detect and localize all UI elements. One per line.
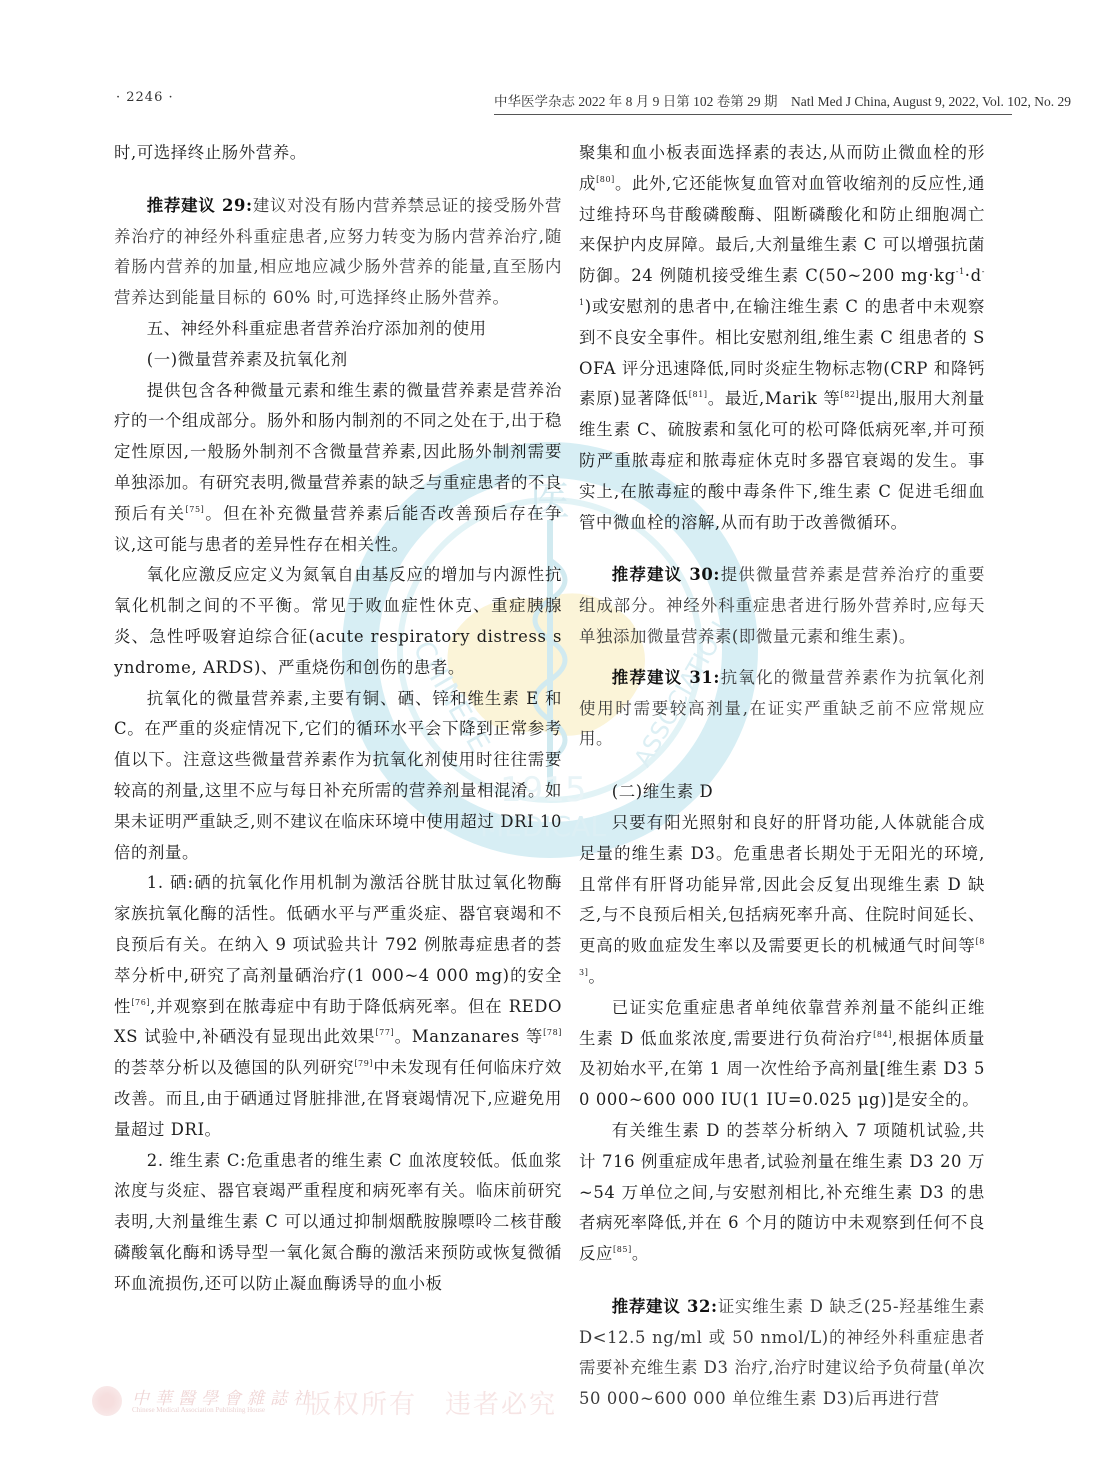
citation-ref[interactable]: [76] [131, 998, 150, 1007]
paragraph-vitamin-c: 2. 维生素 C:危重患者的维生素 C 血浓度较低。低血浆浓度与炎症、器官衰竭严… [114, 1146, 562, 1300]
citation-ref[interactable]: [77] [375, 1028, 394, 1037]
paragraph: 只要有阳光照射和良好的肝肾功能,人体就能合成足量的维生素 D3。危重患者长期处于… [579, 808, 985, 993]
citation-ref[interactable]: [78] [543, 1028, 562, 1037]
paragraph: 氧化应激反应定义为氮氧自由基反应的增加与内源性抗氧化机制之间的不平衡。常见于败血… [114, 560, 562, 683]
citation-ref[interactable]: [84] [873, 1030, 892, 1039]
text: 。 [588, 967, 605, 986]
citation-ref[interactable]: [85] [613, 1245, 632, 1254]
citation-ref[interactable]: [82] [840, 390, 859, 399]
text: 。最近,Marik 等 [708, 389, 841, 408]
paragraph: 已证实危重症患者单纯依靠营养剂量不能纠正维生素 D 低血浆浓度,需要进行负荷治疗… [579, 993, 985, 1116]
copyright-notice: 版权所有 违者必究 [305, 1384, 557, 1421]
recommendation-label: 推荐建议 32: [612, 1297, 718, 1316]
recommendation-label: 推荐建议 30: [612, 565, 720, 584]
unit-exponent: -1 [956, 267, 965, 276]
journal-citation: 中华医学杂志 2022 年 8 月 9 日第 102 卷第 29 期 Natl … [494, 90, 1012, 115]
text: 有关维生素 D 的荟萃分析纳入 7 项随机试验,共计 716 例重症成年患者,试… [579, 1121, 985, 1263]
section-heading: 五、神经外科重症患者营养治疗添加剂的使用 [114, 314, 562, 345]
citation-ref[interactable]: [75] [186, 505, 205, 514]
left-column: 时,可选择终止肠外营养。 推荐建议 29:建议对没有肠内营养禁忌证的接受肠外营养… [114, 138, 562, 1299]
publisher-watermark: 中華醫學會雜誌社 Chinese Medical Association Pub… [92, 1384, 612, 1434]
text: 的荟萃分析以及德国的队列研究 [114, 1058, 354, 1077]
paragraph: 时,可选择终止肠外营养。 [114, 138, 562, 169]
citation-ref[interactable]: [80] [596, 175, 615, 184]
text: 1. 硒:硒的抗氧化作用机制为激活谷胱甘肽过氧化物酶家族抗氧化酶的活性。低硒水平… [114, 873, 562, 1015]
citation-ref[interactable]: [79] [354, 1059, 373, 1068]
text: 。 [632, 1244, 649, 1263]
paragraph-vitamin-c-cont: 聚集和血小板表面选择素的表达,从而防止微血栓的形成[80]。此外,它还能恢复血管… [579, 138, 985, 538]
right-column: 聚集和血小板表面选择素的表达,从而防止微血栓的形成[80]。此外,它还能恢复血管… [579, 138, 985, 1415]
recommendation-label: 推荐建议 29: [147, 196, 253, 215]
subsection-heading: (一)微量营养素及抗氧化剂 [114, 345, 562, 376]
recommendation-32: 推荐建议 32:证实维生素 D 缺乏(25-羟基维生素 D<12.5 ng/ml… [579, 1292, 985, 1415]
citation-ref[interactable]: [81] [689, 390, 708, 399]
paragraph: 有关维生素 D 的荟萃分析纳入 7 项随机试验,共计 716 例重症成年患者,试… [579, 1116, 985, 1270]
paragraph: 提供包含各种微量元素和维生素的微量营养素是营养治疗的一个组成部分。肠外和肠内制剂… [114, 376, 562, 561]
running-header: · 2246 · 中华医学杂志 2022 年 8 月 9 日第 102 卷第 2… [116, 88, 1012, 112]
recommendation-label: 推荐建议 31: [612, 668, 720, 687]
text: 只要有阳光照射和良好的肝肾功能,人体就能合成足量的维生素 D3。危重患者长期处于… [579, 813, 985, 955]
text: 。Manzanares 等 [394, 1027, 543, 1046]
page-number: · 2246 · [116, 90, 174, 105]
recommendation-29: 推荐建议 29:建议对没有肠内营养禁忌证的接受肠外营养治疗的神经外科重症患者,应… [114, 191, 562, 314]
paragraph: 抗氧化的微量营养素,主要有铜、硒、锌和维生素 E 和 C。在严重的炎症情况下,它… [114, 684, 562, 869]
text: 提出,服用大剂量维生素 C、硫胺素和氢化可的松可降低病死率,并可预防严重脓毒症和… [579, 389, 985, 531]
text: ·d [965, 266, 982, 285]
publisher-name-en: Chinese Medical Association Publishing H… [132, 1406, 265, 1414]
recommendation-31: 推荐建议 31:抗氧化的微量营养素作为抗氧化剂使用时需要较高剂量,在证实严重缺乏… [579, 663, 985, 755]
subsection-heading: (二)维生素 D [579, 777, 985, 808]
text: 。此外,它还能恢复血管对血管收缩剂的反应性,通过维持环鸟苷酸磷酸酶、阻断磷酸化和… [579, 174, 985, 285]
publisher-name-cn: 中華醫學會雜誌社 [132, 1384, 316, 1409]
text: 提供包含各种微量元素和维生素的微量营养素是营养治疗的一个组成部分。肠外和肠内制剂… [114, 381, 562, 523]
paragraph-selenium: 1. 硒:硒的抗氧化作用机制为激活谷胱甘肽过氧化物酶家族抗氧化酶的活性。低硒水平… [114, 868, 562, 1145]
publisher-logo-icon [92, 1386, 122, 1416]
recommendation-30: 推荐建议 30:提供微量营养素是营养治疗的重要组成部分。神经外科重症患者进行肠外… [579, 560, 985, 652]
